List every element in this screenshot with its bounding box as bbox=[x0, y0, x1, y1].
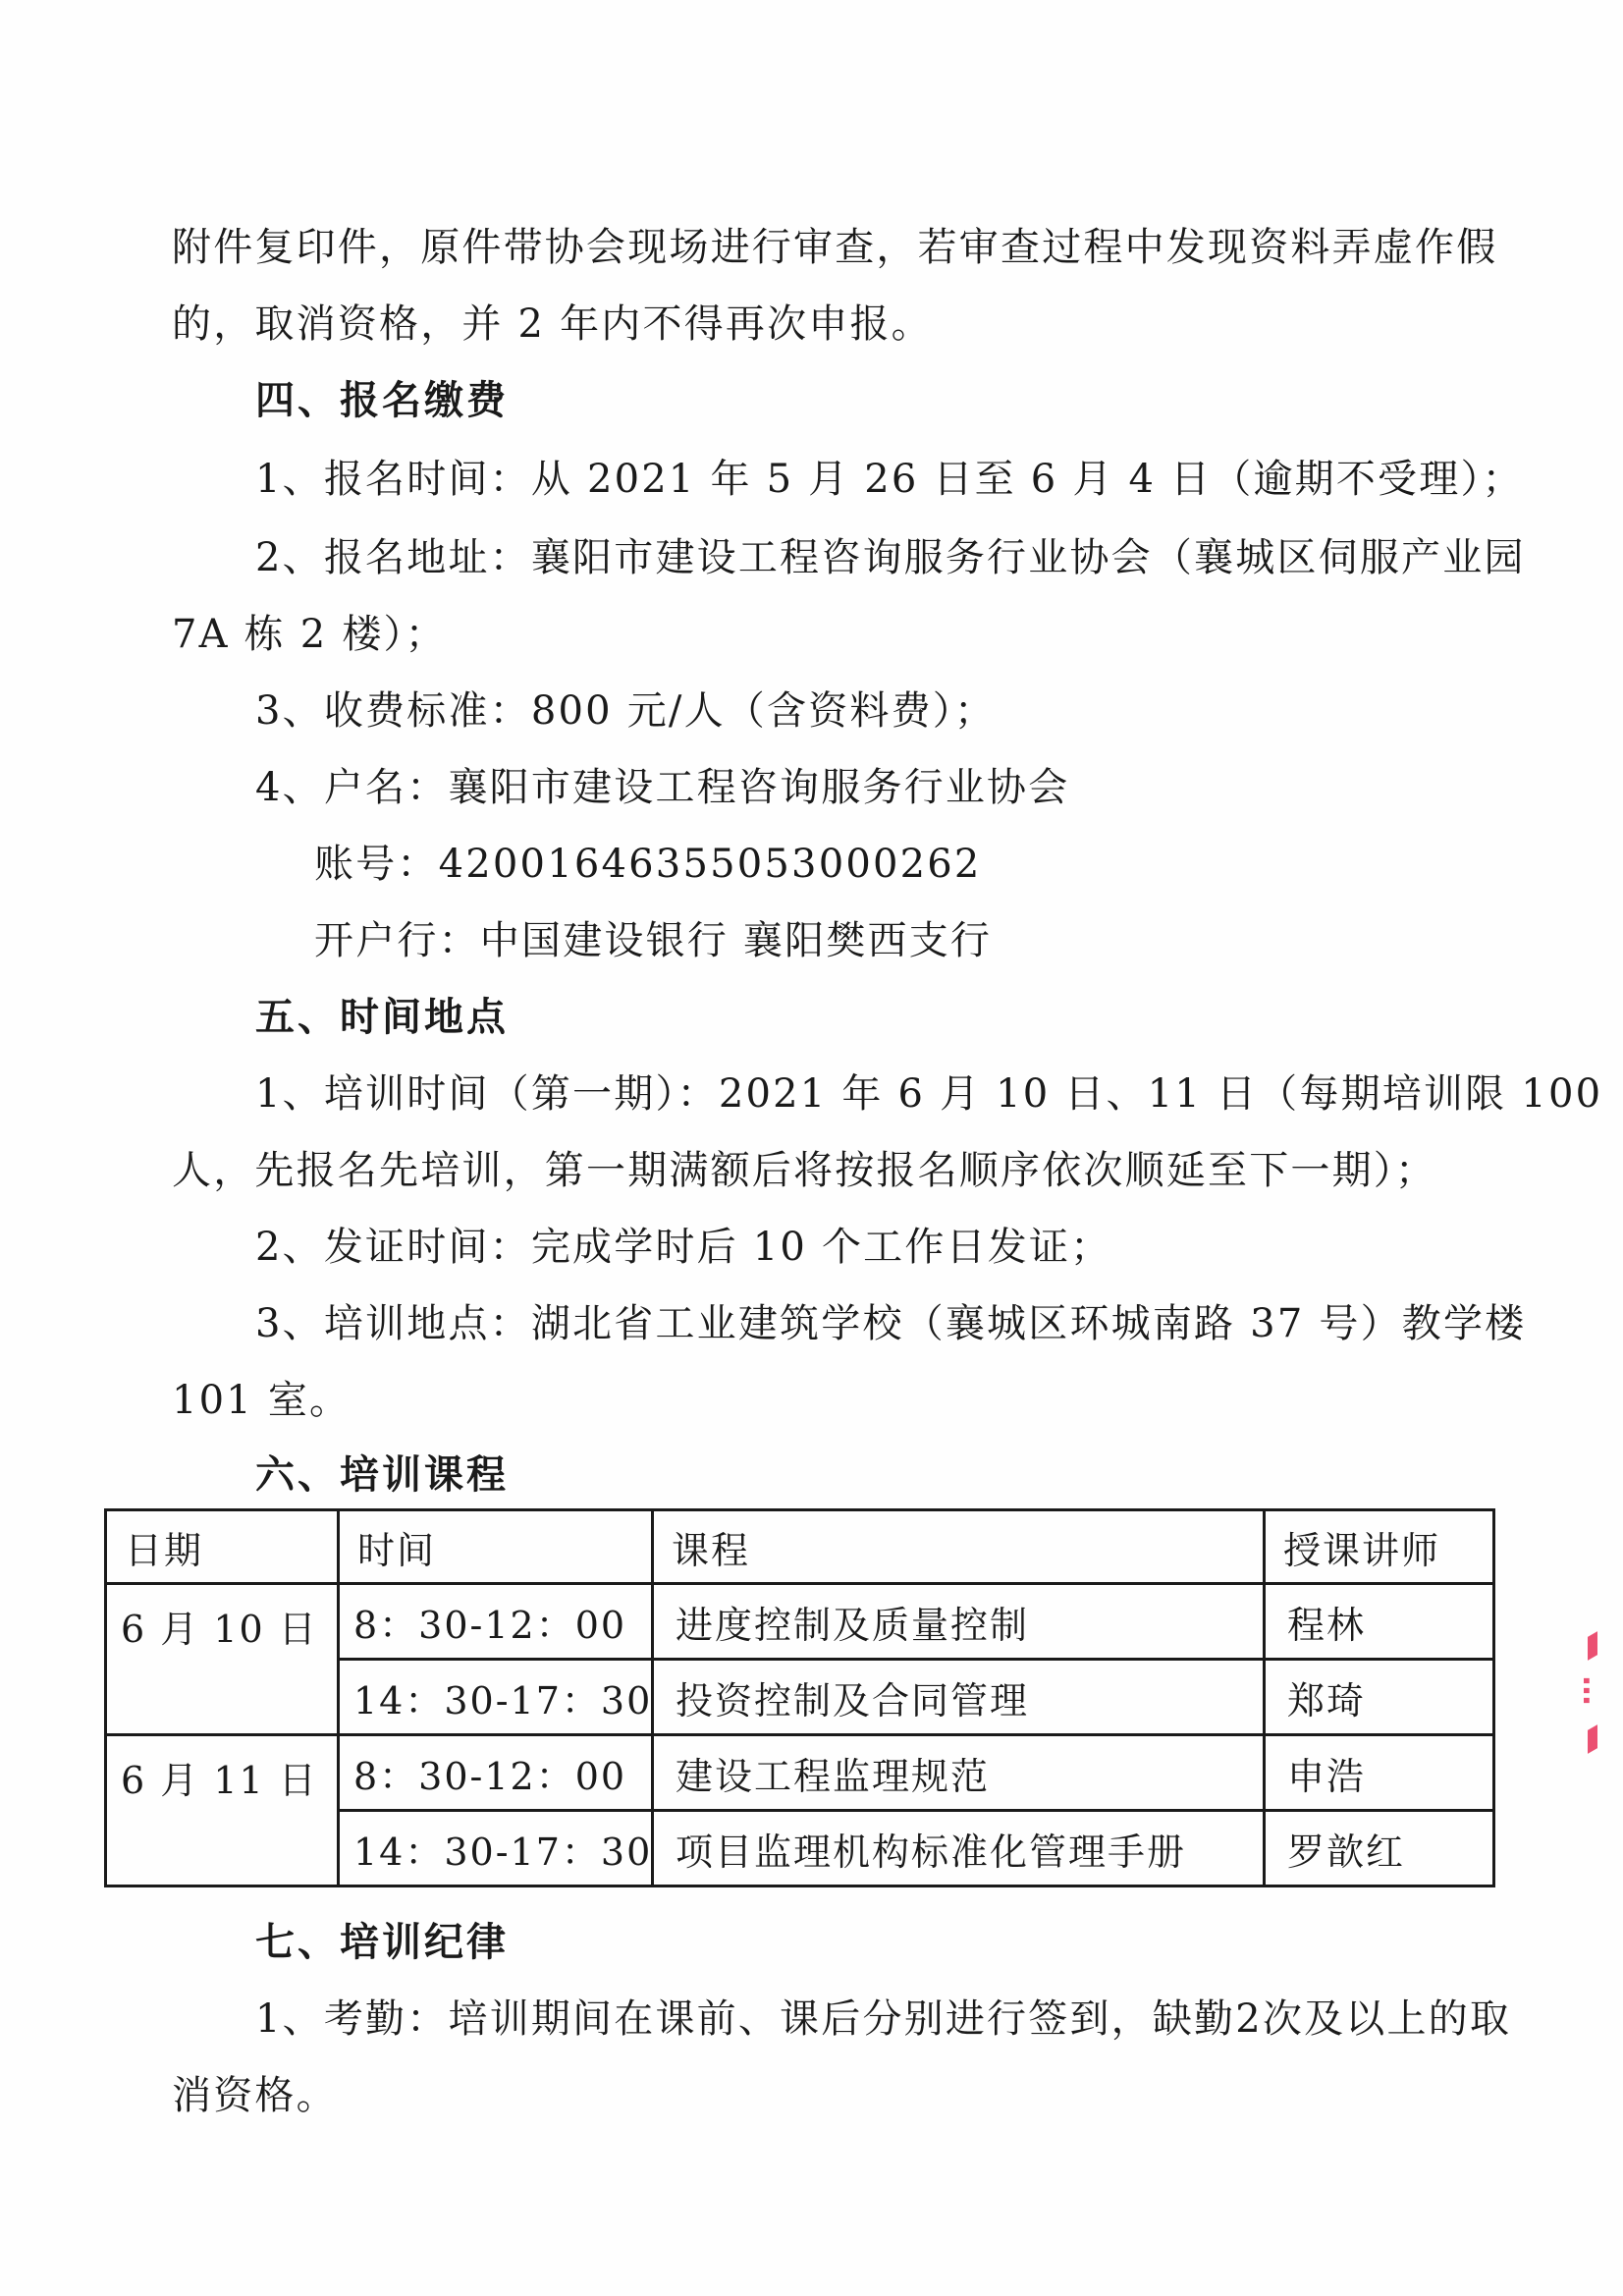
seal-text: … bbox=[1576, 1675, 1610, 1709]
section-4-item-2: 2、报名地址：襄阳市建设工程咨询服务行业协会（襄城区伺服产业园 bbox=[255, 534, 1526, 581]
cell-teacher: 郑琦 bbox=[1265, 1660, 1494, 1735]
cell-teacher: 罗歆红 bbox=[1265, 1811, 1494, 1886]
account-number: 账号：42001646355053000262 bbox=[314, 841, 982, 888]
cell-course: 建设工程监理规范 bbox=[653, 1735, 1265, 1811]
seal-edge-mark bbox=[1588, 1631, 1597, 1661]
section-7-item-1: 1、考勤：培训期间在课前、课后分别进行签到，缺勤2次及以上的取 bbox=[255, 1995, 1511, 2043]
header-time: 时间 bbox=[339, 1510, 653, 1584]
document-page: 附件复印件，原件带协会现场进行审查，若审查过程中发现资料弄虚作假 的，取消资格，… bbox=[0, 0, 1623, 2296]
intro-line-2: 的，取消资格，并 2 年内不得再次申报。 bbox=[172, 301, 933, 348]
cell-course: 投资控制及合同管理 bbox=[653, 1660, 1265, 1735]
table-row: 6 月 11 日 8：30-12：00 建设工程监理规范 申浩 bbox=[106, 1735, 1494, 1811]
cell-course: 进度控制及质量控制 bbox=[653, 1584, 1265, 1660]
section-4-item-2-cont: 7A 栋 2 楼）； bbox=[172, 611, 447, 658]
cell-date: 6 月 10 日 bbox=[106, 1584, 339, 1735]
cell-time: 14：30-17：30 bbox=[339, 1811, 653, 1886]
cell-time: 8：30-12：00 bbox=[339, 1735, 653, 1811]
section-5-item-2: 2、发证时间：完成学时后 10 个工作日发证； bbox=[255, 1224, 1111, 1271]
intro-line-1: 附件复印件，原件带协会现场进行审查，若审查过程中发现资料弄虚作假 bbox=[172, 224, 1497, 271]
section-4-item-1: 1、报名时间：从 2021 年 5 月 26 日至 6 月 4 日（逾期不受理）… bbox=[255, 456, 1524, 503]
cell-teacher: 程林 bbox=[1265, 1584, 1494, 1660]
section-4-item-4: 4、户名：襄阳市建设工程咨询服务行业协会 bbox=[255, 764, 1069, 811]
header-course: 课程 bbox=[653, 1510, 1265, 1584]
seal-edge-mark bbox=[1588, 1724, 1597, 1754]
cell-course: 项目监理机构标准化管理手册 bbox=[653, 1811, 1265, 1886]
red-seal-stamp-fragment: … bbox=[1571, 1630, 1610, 1925]
cell-teacher: 申浩 bbox=[1265, 1735, 1494, 1811]
section-5-heading: 五、时间地点 bbox=[255, 994, 509, 1041]
cell-time: 14：30-17：30 bbox=[339, 1660, 653, 1735]
section-5-item-3-cont: 101 室。 bbox=[172, 1377, 351, 1424]
section-7-item-1-cont: 消资格。 bbox=[172, 2072, 338, 2119]
cell-time: 8：30-12：00 bbox=[339, 1584, 653, 1660]
bank-name: 开户行：中国建设银行 襄阳樊西支行 bbox=[314, 917, 992, 964]
section-5-item-3: 3、培训地点：湖北省工业建筑学校（襄城区环城南路 37 号）教学楼 bbox=[255, 1300, 1526, 1347]
table-header-row: 日期 时间 课程 授课讲师 bbox=[106, 1510, 1494, 1584]
section-4-heading: 四、报名缴费 bbox=[255, 377, 509, 424]
section-5-item-1-cont: 人，先报名先培训，第一期满额后将按报名顺序依次顺延至下一期）； bbox=[172, 1147, 1436, 1194]
section-5-item-1: 1、培训时间（第一期）：2021 年 6 月 10 日、11 日（每期培训限 1… bbox=[255, 1070, 1602, 1118]
section-4-item-3: 3、收费标准：800 元/人（含资料费）； bbox=[255, 687, 996, 735]
table-row: 6 月 10 日 8：30-12：00 进度控制及质量控制 程林 bbox=[106, 1584, 1494, 1660]
header-date: 日期 bbox=[106, 1510, 339, 1584]
cell-date: 6 月 11 日 bbox=[106, 1735, 339, 1886]
header-teacher: 授课讲师 bbox=[1265, 1510, 1494, 1584]
section-6-heading: 六、培训课程 bbox=[255, 1451, 509, 1499]
section-7-heading: 七、培训纪律 bbox=[255, 1919, 509, 1966]
training-schedule-table: 日期 时间 课程 授课讲师 6 月 10 日 8：30-12：00 进度控制及质… bbox=[104, 1508, 1495, 1887]
